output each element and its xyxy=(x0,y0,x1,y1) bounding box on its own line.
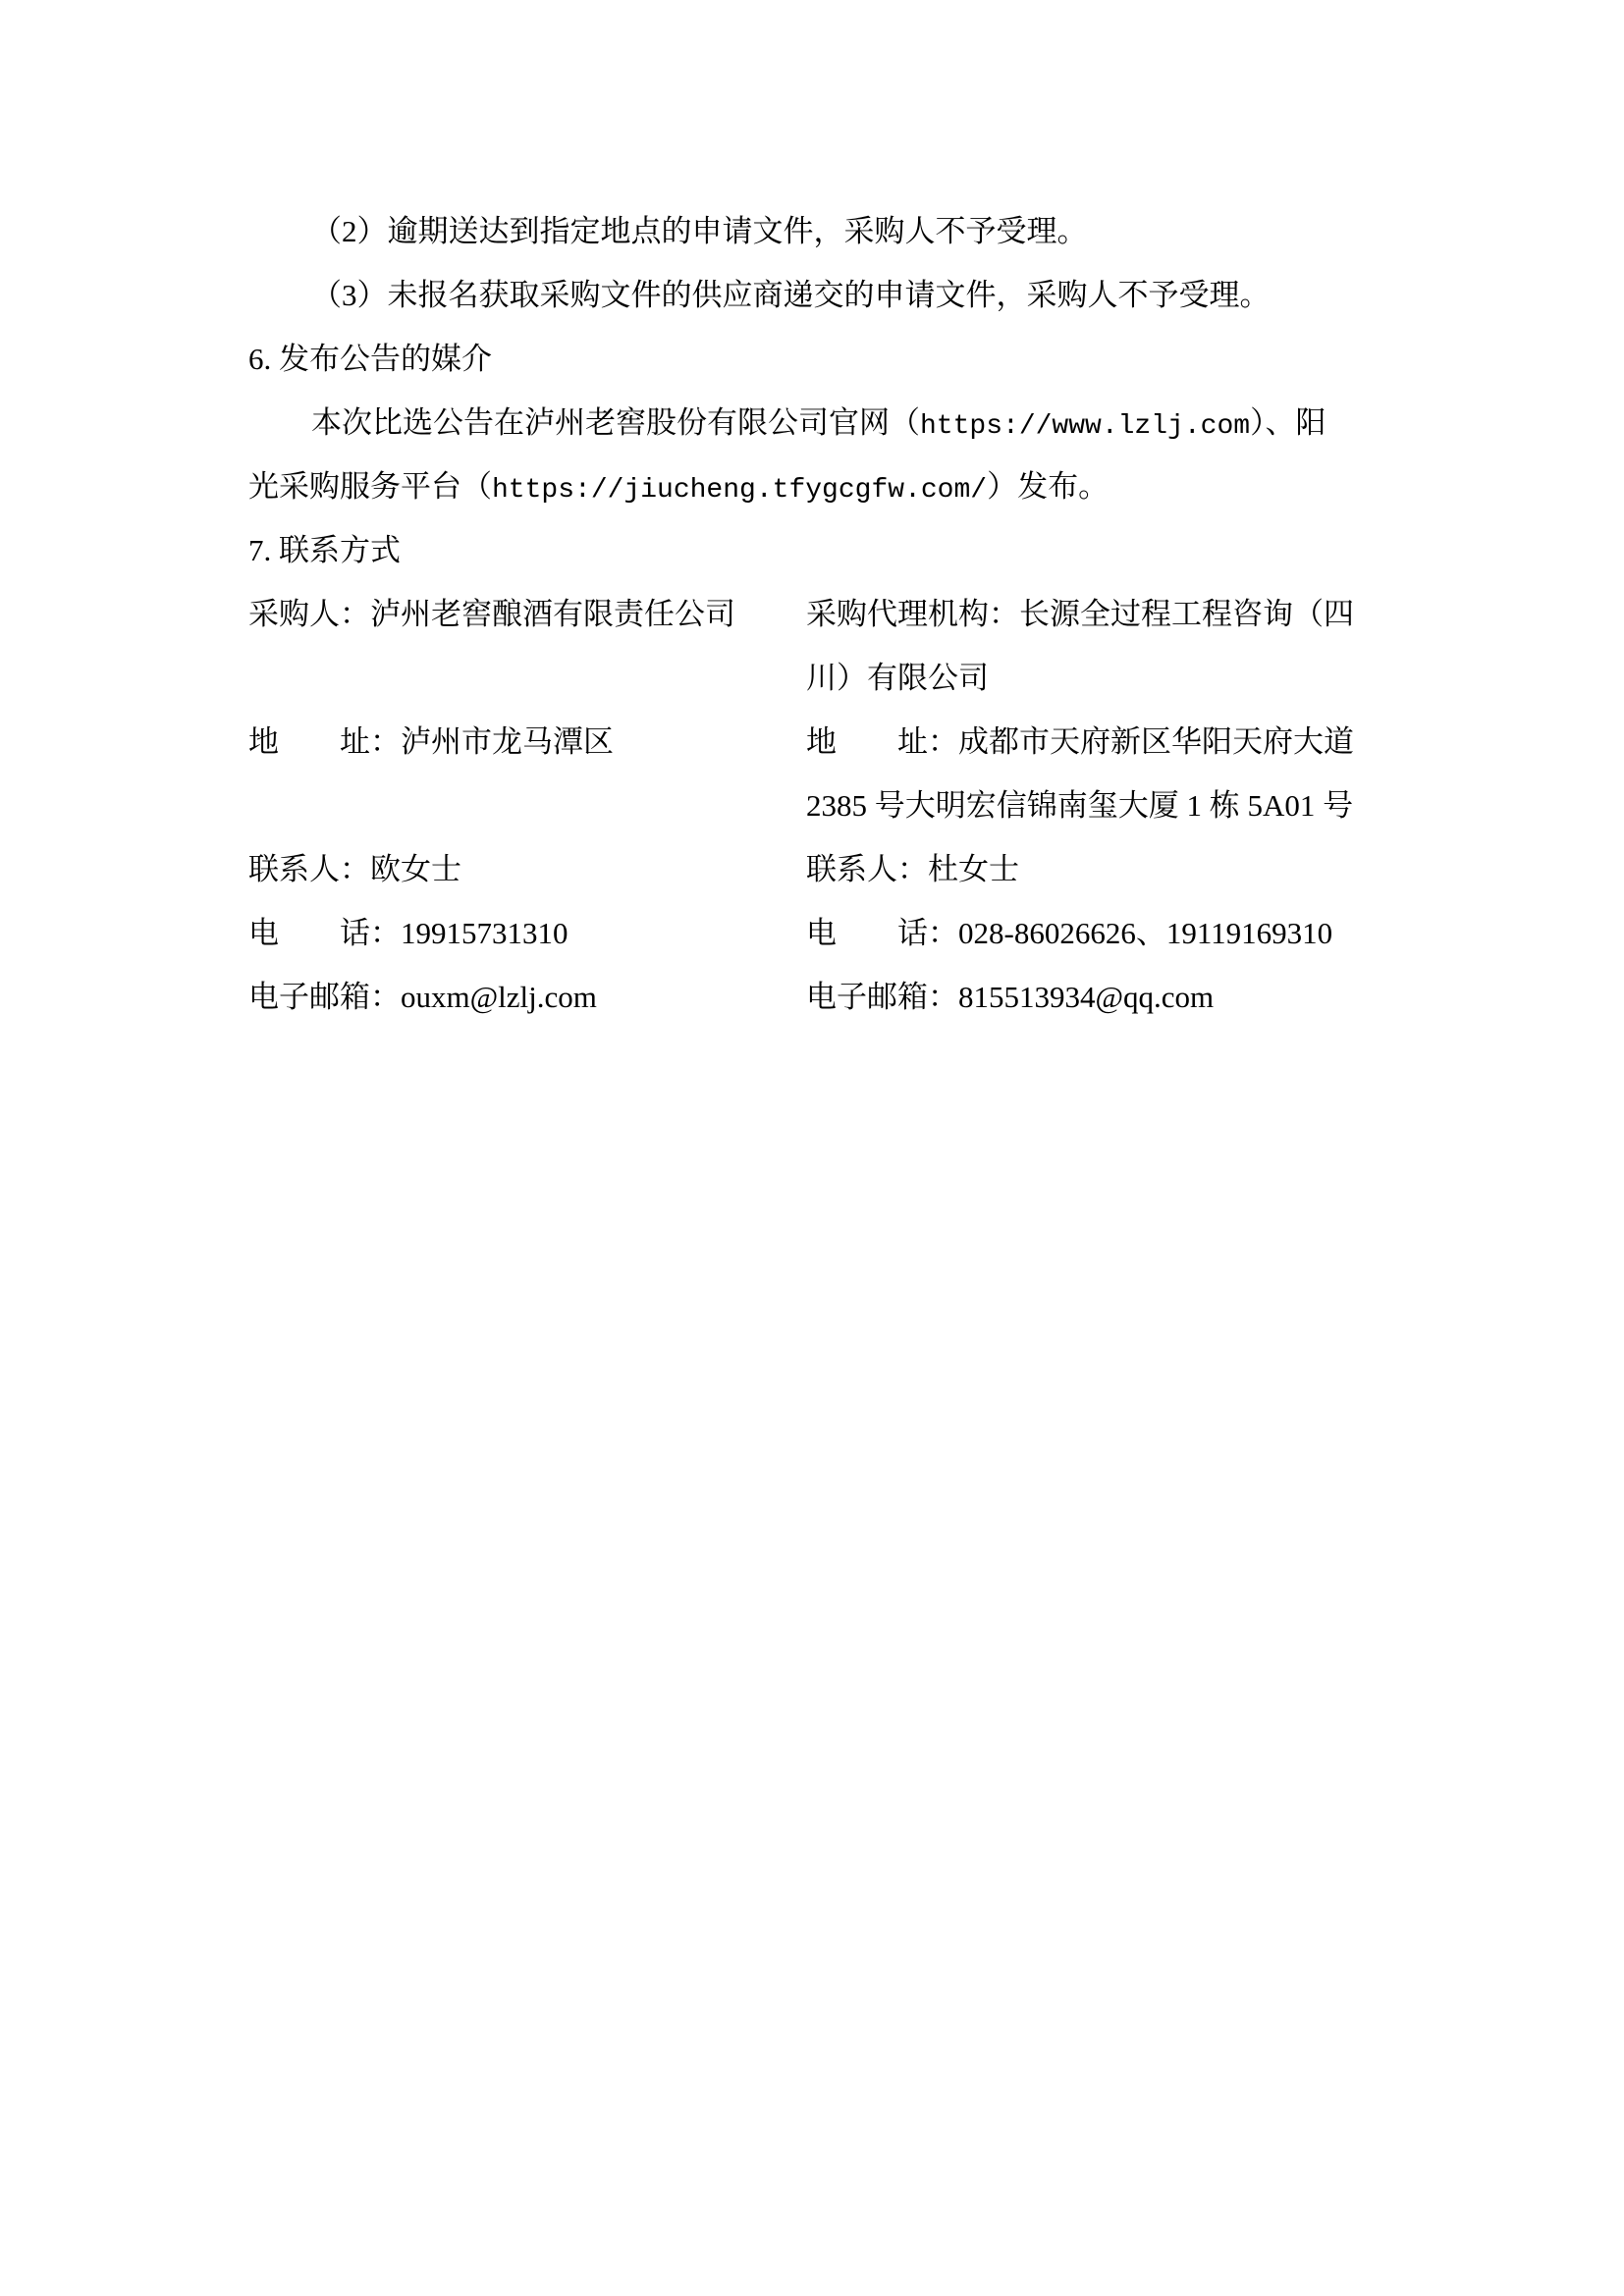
purchaser-address-line: 地址：泸州市龙马潭区 xyxy=(248,710,806,774)
paragraph-prefix: 光采购服务平台（ xyxy=(248,469,492,504)
address-label-part-2: 址： xyxy=(340,724,401,759)
purchaser-phone-line: 电话：19915731310 xyxy=(248,901,806,965)
agency-name-line-2: 川）有限公司 xyxy=(806,646,1383,710)
agency-contact-line: 联系人：杜女士 xyxy=(806,837,1383,901)
contact-row-address: 地址：泸州市龙马潭区 地址：成都市天府新区华阳天府大道 2385 号大明宏信锦南… xyxy=(248,710,1383,837)
agency-contact-cell: 联系人：杜女士 xyxy=(806,837,1383,901)
agency-address-part-1: 成都市天府新区华阳天府大道 xyxy=(958,724,1354,759)
agency-email: 815513934@qq.com xyxy=(958,980,1214,1014)
purchaser-name: 泸州老窖酿酒有限责任公司 xyxy=(370,597,735,631)
purchaser-name-line: 采购人：泸州老窖酿酒有限责任公司 xyxy=(248,582,806,646)
contact-label: 联系人： xyxy=(806,852,928,886)
contact-row-email: 电子邮箱：ouxm@lzlj.com 电子邮箱：815513934@qq.com xyxy=(248,965,1383,1029)
agency-contact-person: 杜女士 xyxy=(928,852,1019,886)
agency-email-cell: 电子邮箱：815513934@qq.com xyxy=(806,965,1383,1029)
agency-label: 采购代理机构： xyxy=(806,597,1019,631)
agency-name-line-1: 采购代理机构：长源全过程工程咨询（四 xyxy=(806,582,1383,646)
rule-item-3: （3）未报名获取采购文件的供应商递交的申请文件，采购人不予受理。 xyxy=(248,263,1383,327)
phone-label-part-2: 话： xyxy=(897,916,958,950)
agency-name-cell: 采购代理机构：长源全过程工程咨询（四 川）有限公司 xyxy=(806,582,1383,710)
email-label: 电子邮箱： xyxy=(248,980,401,1014)
purchaser-email-cell: 电子邮箱：ouxm@lzlj.com xyxy=(248,965,806,1029)
agency-name-part-1: 长源全过程工程咨询（四 xyxy=(1019,597,1354,631)
agency-phone-cell: 电话：028-86026626、19119169310 xyxy=(806,901,1383,965)
contact-row-person: 联系人：欧女士 联系人：杜女士 xyxy=(248,837,1383,901)
section-6-paragraph-line-2: 光采购服务平台（https://jiucheng.tfygcgfw.com/）发… xyxy=(248,454,1383,518)
section-7-heading: 7. 联系方式 xyxy=(248,518,1383,582)
purchaser-phone: 19915731310 xyxy=(401,916,568,950)
purchaser-phone-cell: 电话：19915731310 xyxy=(248,901,806,965)
agency-phone: 028-86026626、19119169310 xyxy=(958,916,1332,950)
purchaser-label: 采购人： xyxy=(248,597,370,631)
agency-address-line-2: 2385 号大明宏信锦南玺大厦 1 栋 5A01 号 xyxy=(806,774,1383,837)
phone-label-part-1: 电 xyxy=(806,916,837,950)
paragraph-suffix: ）、阳 xyxy=(1250,405,1326,440)
agency-address-line-1: 地址：成都市天府新区华阳天府大道 xyxy=(806,710,1383,774)
phone-label-part-1: 电 xyxy=(248,916,279,950)
agency-phone-line: 电话：028-86026626、19119169310 xyxy=(806,901,1383,965)
paragraph-prefix: 本次比选公告在泸州老窖股份有限公司官网（ xyxy=(311,405,920,440)
purchaser-email: ouxm@lzlj.com xyxy=(401,980,597,1014)
contact-row-name: 采购人：泸州老窖酿酒有限责任公司 采购代理机构：长源全过程工程咨询（四 川）有限… xyxy=(248,582,1383,710)
official-website-link: https://www.lzlj.com xyxy=(920,411,1250,442)
contact-row-phone: 电话：19915731310 电话：028-86026626、191191693… xyxy=(248,901,1383,965)
contact-table: 采购人：泸州老窖酿酒有限责任公司 采购代理机构：长源全过程工程咨询（四 川）有限… xyxy=(248,582,1383,1029)
purchaser-contact-person: 欧女士 xyxy=(370,852,461,886)
address-label-part-2: 址： xyxy=(897,724,958,759)
purchaser-email-line: 电子邮箱：ouxm@lzlj.com xyxy=(248,965,806,1029)
address-label-part-1: 地 xyxy=(248,724,279,759)
section-6-paragraph-line-1: 本次比选公告在泸州老窖股份有限公司官网（https://www.lzlj.com… xyxy=(248,391,1383,454)
paragraph-text: 本次比选公告在泸州老窖股份有限公司官网（https://www.lzlj.com… xyxy=(311,391,1326,454)
agency-email-line: 电子邮箱：815513934@qq.com xyxy=(806,965,1383,1029)
purchaser-address: 泸州市龙马潭区 xyxy=(401,724,614,759)
document-page: （2）逾期送达到指定地点的申请文件，采购人不予受理。 （3）未报名获取采购文件的… xyxy=(248,199,1383,1029)
agency-address-cell: 地址：成都市天府新区华阳天府大道 2385 号大明宏信锦南玺大厦 1 栋 5A0… xyxy=(806,710,1383,837)
email-label: 电子邮箱： xyxy=(806,980,958,1014)
section-6-heading: 6. 发布公告的媒介 xyxy=(248,327,1383,391)
purchaser-contact-cell: 联系人：欧女士 xyxy=(248,837,806,901)
address-label-part-1: 地 xyxy=(806,724,837,759)
contact-label: 联系人： xyxy=(248,852,370,886)
platform-website-link: https://jiucheng.tfygcgfw.com/ xyxy=(492,475,987,506)
purchaser-contact-line: 联系人：欧女士 xyxy=(248,837,806,901)
purchaser-name-cell: 采购人：泸州老窖酿酒有限责任公司 xyxy=(248,582,806,710)
paragraph-suffix: ）发布。 xyxy=(987,469,1109,504)
purchaser-address-cell: 地址：泸州市龙马潭区 xyxy=(248,710,806,837)
phone-label-part-2: 话： xyxy=(340,916,401,950)
rule-item-2: （2）逾期送达到指定地点的申请文件，采购人不予受理。 xyxy=(248,199,1383,263)
